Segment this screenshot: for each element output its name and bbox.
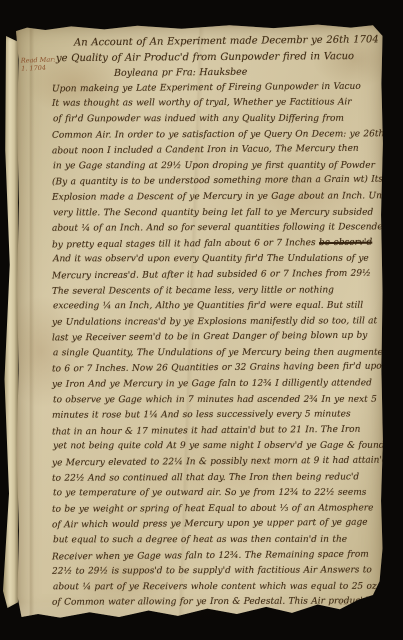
manuscript-line: of fir'd Gunpowder was indued with any Q… [53, 112, 378, 128]
manuscript-line: It was thought as well worthy of tryal, … [52, 96, 377, 113]
manuscript-line: about noon I included a Candent Iron in … [52, 142, 377, 160]
manuscript-line: ye Iron And ye Mercury in ye Gage faln t… [52, 376, 377, 393]
manuscript-line: The several Descents of it became less, … [52, 283, 377, 300]
manuscript-line: 22½ to 29½ is suppos'd to be supply'd wi… [52, 563, 377, 580]
page-number: 135 [339, 599, 352, 607]
manuscript-line: but equal to such a degree of heat as wa… [53, 533, 378, 549]
manuscript-line: to observe ye Gage which in 7 minutes ha… [53, 392, 378, 408]
manuscript-line: last ye Receiver seem'd to be in Great D… [52, 329, 377, 347]
manuscript-line: about ¼ of an Inch. And so for several q… [52, 220, 377, 237]
manuscript-text: An Account of An Experiment made Decembr… [52, 34, 377, 611]
manuscript-line: yet not being quite cold At 9 ye same ni… [53, 439, 378, 455]
manuscript-line: of Air which would press ye Mercury upon… [52, 516, 377, 534]
facing-leaf-edge [3, 36, 18, 608]
manuscript-line: exceeding ¼ an Inch, Altho ye Quantities… [53, 299, 378, 315]
manuscript-line: about ¼ part of ye Receivers whole conte… [53, 579, 378, 595]
manuscript-line: to 22½ And so continued all that day. Th… [52, 470, 377, 487]
manuscript-line: very little. The Second quantity being l… [53, 205, 378, 221]
manuscript-line: Explosion made a Descent of ye Mercury i… [52, 189, 377, 206]
manuscript-line: to ye temperature of ye outward air. So … [53, 486, 378, 502]
manuscript-line: Mercury increas'd. But after it had subs… [52, 266, 377, 284]
manuscript-line: And it was observ'd upon every Quantity … [53, 252, 378, 268]
manuscript-page: Read Mar: 1. 1704 An Account of An Exper… [16, 24, 384, 620]
manuscript-line: of Common water allowing for ye Iron & P… [52, 595, 377, 612]
manuscript-line: ye Mercury elevated to 22¼ In & possibly… [52, 454, 377, 472]
crossed-out-text: be observ'd [319, 237, 372, 247]
body-lines: Upon makeing ye Late Experiment of Firei… [52, 81, 377, 611]
photo-background: Read Mar: 1. 1704 An Account of An Exper… [0, 0, 403, 640]
